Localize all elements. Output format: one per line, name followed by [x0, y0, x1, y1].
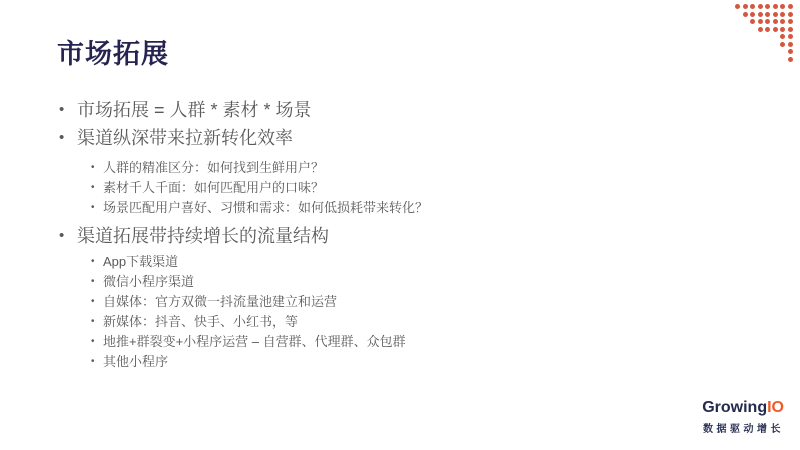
bullet-marker: • [59, 124, 64, 152]
dot [780, 27, 785, 32]
dot [750, 12, 755, 17]
bullet-marker: • [91, 178, 95, 198]
dot [788, 19, 793, 24]
sub-bullet-text: 微信小程序渠道 [103, 274, 194, 289]
dot-row [734, 41, 794, 49]
bullet-list: • 市场拓展 = 人群 * 素材 * 场景 • 渠道纵深带来拉新转化效率 • 人… [57, 96, 697, 372]
dot-row [734, 48, 794, 56]
dot [788, 4, 793, 9]
page-title: 市场拓展 [57, 32, 169, 71]
sub-bullet-text: 场景匹配用户喜好、习惯和需求：如何低损耗带来转化？ [103, 200, 428, 215]
sub-bullet-item: • 场景匹配用户喜好、习惯和需求：如何低损耗带来转化？ [57, 198, 697, 218]
dot-row [734, 18, 794, 26]
dot [765, 27, 770, 32]
logo-text-io: IO [767, 399, 784, 416]
dot [788, 12, 793, 17]
dot-row [734, 26, 794, 34]
sub-bullet-text: 自媒体：官方双微一抖流量池建立和运营 [103, 294, 337, 309]
dot [788, 27, 793, 32]
dot [780, 12, 785, 17]
bullet-marker: • [91, 272, 95, 292]
dot [773, 12, 778, 17]
sub-bullet-text: 人群的精准区分：如何找到生鲜用户？ [103, 160, 324, 175]
sub-bullet-item: • 地推+群裂变+小程序运营 – 自营群、代理群、众包群 [57, 332, 697, 352]
dot [773, 19, 778, 24]
sub-bullet-text: 地推+群裂变+小程序运营 – 自营群、代理群、众包群 [103, 334, 406, 349]
bullet-marker: • [91, 252, 95, 272]
bullet-marker: • [91, 158, 95, 178]
dot [780, 4, 785, 9]
bullet-item-2: • 渠道纵深带来拉新转化效率 [57, 124, 697, 152]
dot-row [734, 11, 794, 19]
dot [743, 12, 748, 17]
sub-bullet-item: • 新媒体：抖音、快手、小红书，等 [57, 312, 697, 332]
dot [758, 4, 763, 9]
bullet-text: 渠道拓展带持续增长的流量结构 [77, 226, 329, 246]
dot [788, 49, 793, 54]
sub-bullet-item: • 自媒体：官方双微一抖流量池建立和运营 [57, 292, 697, 312]
dots-decoration [734, 3, 794, 63]
sub-bullet-text: 新媒体：抖音、快手、小红书，等 [103, 314, 298, 329]
dot [780, 42, 785, 47]
sub-bullet-group-2: • App下载渠道 • 微信小程序渠道 • 自媒体：官方双微一抖流量池建立和运营… [57, 252, 697, 372]
dot [758, 27, 763, 32]
sub-bullet-text: 素材千人千面：如何匹配用户的口味？ [103, 180, 324, 195]
bullet-text: 渠道纵深带来拉新转化效率 [77, 128, 293, 148]
dot [750, 19, 755, 24]
logo-tagline: 数据驱动增长 [702, 420, 784, 435]
sub-bullet-text: 其他小程序 [103, 354, 168, 369]
dot [735, 4, 740, 9]
dot [743, 4, 748, 9]
sub-bullet-text: App下载渠道 [103, 254, 178, 269]
bullet-item-3: • 渠道拓展带持续增长的流量结构 [57, 222, 697, 250]
bullet-marker: • [91, 312, 95, 332]
dot-row [734, 56, 794, 64]
dot [773, 27, 778, 32]
dot-row [734, 3, 794, 11]
sub-bullet-group-1: • 人群的精准区分：如何找到生鲜用户？ • 素材千人千面：如何匹配用户的口味？ … [57, 158, 697, 218]
dot [788, 34, 793, 39]
dot [765, 19, 770, 24]
logo-text-growing: Growing [702, 399, 767, 416]
bullet-marker: • [91, 352, 95, 372]
bullet-marker: • [91, 198, 95, 218]
slide: 市场拓展 • 市场拓展 = 人群 * 素材 * 场景 • 渠道纵深带来拉新转化效… [0, 0, 800, 450]
dot [788, 42, 793, 47]
dot [773, 4, 778, 9]
growingio-logo: GrowingIO [702, 399, 784, 417]
sub-bullet-item: • 其他小程序 [57, 352, 697, 372]
bullet-marker: • [59, 222, 64, 250]
dot [788, 57, 793, 62]
sub-bullet-item: • App下载渠道 [57, 252, 697, 272]
footer-logo-block: GrowingIO 数据驱动增长 [702, 399, 784, 435]
sub-bullet-item: • 素材千人千面：如何匹配用户的口味？ [57, 178, 697, 198]
dot [750, 4, 755, 9]
dot [758, 19, 763, 24]
sub-bullet-item: • 人群的精准区分：如何找到生鲜用户？ [57, 158, 697, 178]
bullet-marker: • [91, 332, 95, 352]
dot [780, 19, 785, 24]
sub-bullet-item: • 微信小程序渠道 [57, 272, 697, 292]
dot [765, 4, 770, 9]
bullet-item-1: • 市场拓展 = 人群 * 素材 * 场景 [57, 96, 697, 124]
dot [765, 12, 770, 17]
dot-row [734, 33, 794, 41]
bullet-marker: • [91, 292, 95, 312]
bullet-text: 市场拓展 = 人群 * 素材 * 场景 [77, 100, 312, 120]
dot [780, 34, 785, 39]
dot [758, 12, 763, 17]
bullet-marker: • [59, 96, 64, 124]
